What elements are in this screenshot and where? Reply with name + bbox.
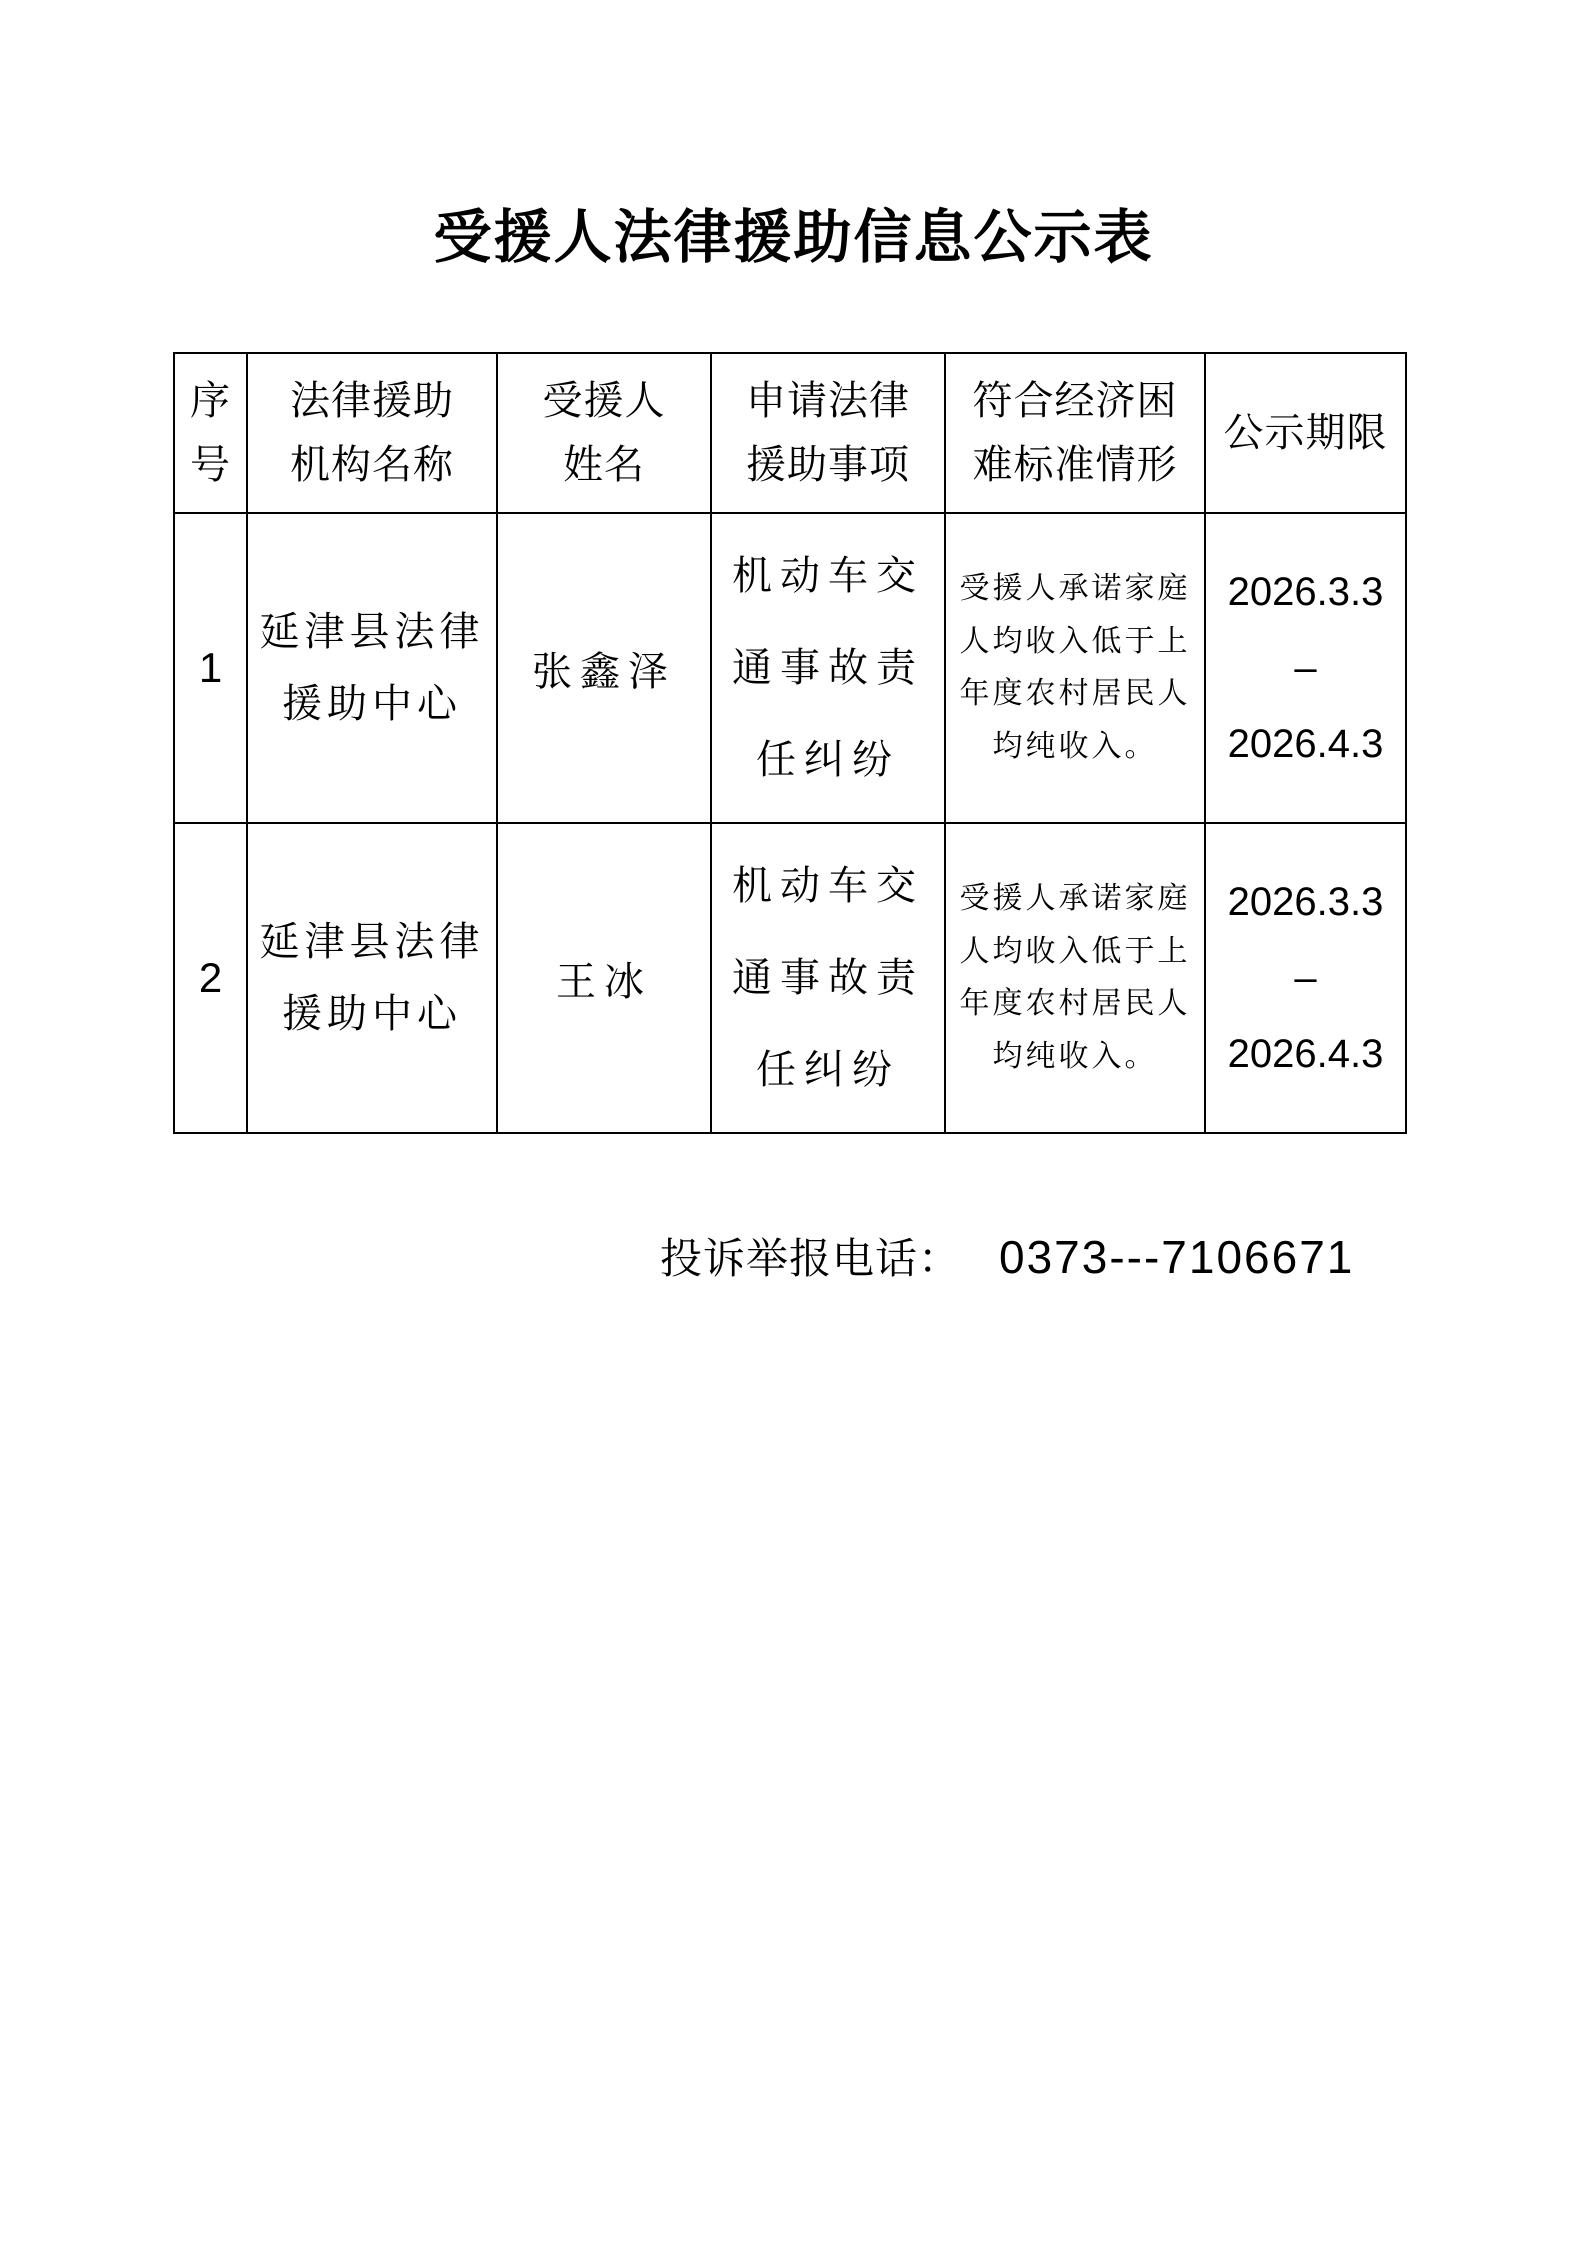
- header-index: 序 号: [174, 353, 247, 513]
- header-recipient: 受援人 姓名: [497, 353, 711, 513]
- legal-aid-table: 序 号 法律援助 机构名称 受援人 姓名 申请法律 援助事项 符合经济困 难标准…: [173, 352, 1407, 1134]
- cell-criteria: 受援人承诺家庭 人均收入低于上 年度农村居民人 均纯收入。: [945, 513, 1205, 823]
- footer-contact: 投诉举报电话： 0373---7106671: [660, 1226, 1354, 1286]
- header-matter: 申请法律 援助事项: [711, 353, 945, 513]
- cell-period: 2026.3.3 – 2026.4.3: [1205, 513, 1406, 823]
- complaint-hotline-label: 投诉举报电话：: [660, 1226, 961, 1286]
- cell-period: 2026.3.3 – 2026.4.3: [1205, 823, 1406, 1133]
- cell-matter: 机动车交 通事故责 任纠纷: [711, 823, 945, 1133]
- cell-criteria: 受援人承诺家庭 人均收入低于上 年度农村居民人 均纯收入。: [945, 823, 1205, 1133]
- cell-index: 2: [174, 823, 247, 1133]
- table-header-row: 序 号 法律援助 机构名称 受援人 姓名 申请法律 援助事项 符合经济困 难标准…: [174, 353, 1406, 513]
- cell-matter: 机动车交 通事故责 任纠纷: [711, 513, 945, 823]
- header-criteria: 符合经济困 难标准情形: [945, 353, 1205, 513]
- cell-index: 1: [174, 513, 247, 823]
- table-row: 1 延津县法律 援助中心 张鑫泽 机动车交 通事故责 任纠纷 受援人承诺家庭 人…: [174, 513, 1406, 823]
- page-title: 受援人法律援助信息公示表: [0, 190, 1587, 274]
- header-agency: 法律援助 机构名称: [247, 353, 497, 513]
- header-period: 公示期限: [1205, 353, 1406, 513]
- cell-recipient: 张鑫泽: [497, 513, 711, 823]
- cell-agency: 延津县法律 援助中心: [247, 823, 497, 1133]
- complaint-hotline-number: 0373---7106671: [999, 1230, 1354, 1284]
- cell-agency: 延津县法律 援助中心: [247, 513, 497, 823]
- table-row: 2 延津县法律 援助中心 王冰 机动车交 通事故责 任纠纷 受援人承诺家庭 人均…: [174, 823, 1406, 1133]
- cell-recipient: 王冰: [497, 823, 711, 1133]
